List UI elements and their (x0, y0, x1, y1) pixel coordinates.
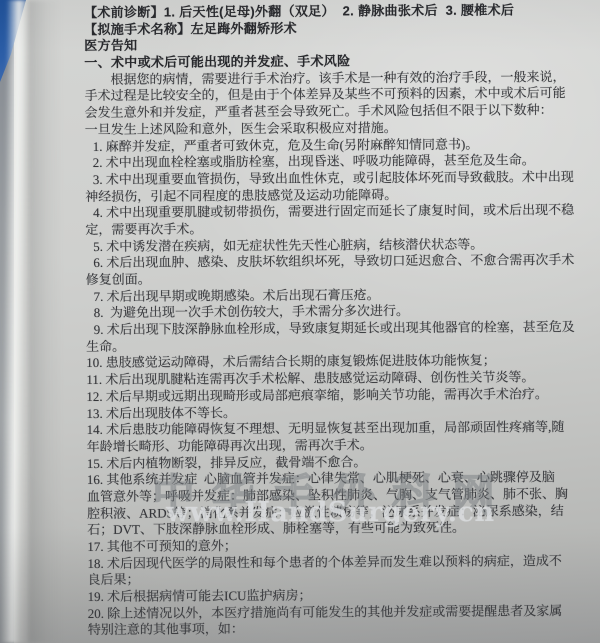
paper-fold-shadow (28, 0, 62, 643)
document-lines: 【术前诊断】1. 后天性(足母)外翻（双足） 2. 静脉曲张术后 3. 腰椎术后… (84, 2, 580, 639)
text-line: 14. 术后患肢功能障碍恢复不理想、无明显恢复甚至出现加重，局部顽固性疼痛等,随 (87, 419, 579, 439)
watermark-site-url: www.HandSurgery.cn (166, 497, 495, 528)
text-line: 3. 术中出现重要血管损伤，导致出血性休克，或引起肢体坏死而导致截肢。术中出现 (85, 169, 577, 189)
text-line: 特别注意的其他事项，如： (88, 619, 580, 639)
text-line: 【术前诊断】1. 后天性(足母)外翻（双足） 2. 静脉曲张术后 3. 腰椎术后 (84, 2, 576, 22)
text-line: 4. 术中出现重要肌腱或韧带损伤，需要进行固定而延长了康复时间，或术后出现不稳 (85, 202, 577, 222)
text-line: 12. 术后早期或远期出现畸形或局部疤痕挛缩，影响关节功能，需再次手术治疗。 (86, 386, 578, 406)
text-line: 18. 术后因现代医学的局限性和每个患者的个体差异而发生难以预料的病症，造成不 (87, 553, 579, 573)
document-text: 【术前诊断】1. 后天性(足母)外翻（双足） 2. 静脉曲张术后 3. 腰椎术后… (84, 2, 580, 639)
text-line: 6. 术后出现血肿、感染、皮肤坏软组织坏死，导致切口延迟愈合、不愈合需再次手术 (86, 252, 578, 272)
text-line: 9. 术后出现下肢深静脉血栓形成，导致康复期延长或出现其他器官的栓塞，甚至危及 (86, 319, 578, 339)
text-line: 会发生意外和并发症，严重者甚至会导致死亡。手术风险包括但不限于以下数种： (85, 102, 577, 122)
document-photo: 【术前诊断】1. 后天性(足母)外翻（双足） 2. 静脉曲张术后 3. 腰椎术后… (0, 0, 600, 643)
